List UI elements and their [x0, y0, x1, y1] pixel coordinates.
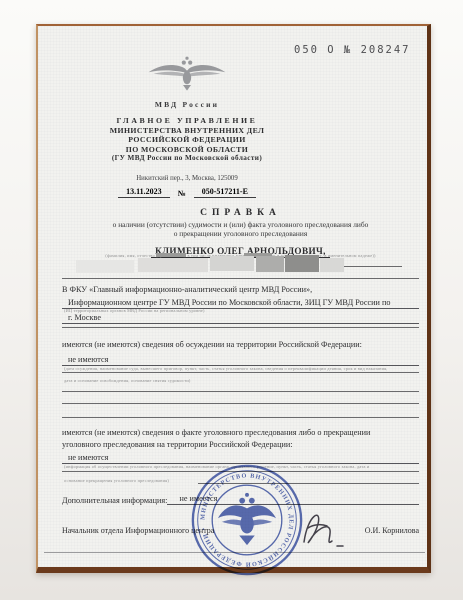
- answer-2-caption-2: основание прекращения уголовного преслед…: [64, 478, 169, 483]
- header-org-line-3: РОССИЙСКОЙ ФЕДЕРАЦИИ: [38, 135, 336, 145]
- redaction-block: [285, 255, 319, 272]
- stamp-eagle-icon: [218, 493, 276, 545]
- rule-line: [62, 372, 419, 373]
- question-1: имеются (не имеются) сведения об осужден…: [62, 340, 362, 349]
- answer-1-caption-1: (дата осуждения, наименование суда, выне…: [64, 366, 388, 371]
- redaction-block: [256, 256, 284, 272]
- answer-1-caption-2: дата и основание освобождения, основание…: [64, 378, 190, 383]
- serial-number: 050 О № 208247: [294, 44, 411, 56]
- certificate-subtitle-1: о наличии (отсутствии) судимости и (или)…: [62, 220, 419, 229]
- date-number-row: 13.11.2023 № 050-517211-Е: [38, 187, 336, 198]
- header-org-line-5: (ГУ МВД России по Московской области): [38, 154, 336, 164]
- header-org-line-2: МИНИСТЕРСТВА ВНУТРЕННИХ ДЕЛ: [38, 126, 336, 136]
- additional-info-label: Дополнительная информация:: [62, 496, 167, 505]
- question-2-line-2: уголовного преследования на территории Р…: [62, 440, 292, 449]
- header-org-line-1: ГЛАВНОЕ УПРАВЛЕНИЕ: [38, 116, 336, 126]
- paper-sheet: 050 О № 208247 МВД России ГЛАВНОЕ УПРАВЛ…: [36, 24, 431, 573]
- org-paragraph-line-3: г. Москве: [62, 313, 419, 324]
- certificate-subtitle-2: о прекращении уголовного преследования: [62, 229, 419, 238]
- redaction-block: [320, 258, 344, 272]
- mvd-emblem-caption: МВД России: [155, 100, 219, 109]
- redaction-block: [138, 258, 208, 272]
- header-org-block: ГЛАВНОЕ УПРАВЛЕНИЕ МИНИСТЕРСТВА ВНУТРЕНН…: [38, 116, 336, 164]
- scanned-document-photo: 050 О № 208247 МВД России ГЛАВНОЕ УПРАВЛ…: [0, 0, 463, 600]
- issue-date: 13.11.2023: [118, 187, 170, 198]
- signer-name: О.И. Корнилова: [365, 526, 419, 535]
- header-address: Никитский пер., 3, Москва, 125009: [38, 175, 336, 182]
- redaction-block: [76, 260, 134, 273]
- rule-line: [62, 403, 419, 404]
- header-org-line-4: ПО МОСКОВСКОЙ ОБЛАСТИ: [38, 145, 336, 155]
- redaction-block: [156, 253, 186, 257]
- number-sign: №: [178, 189, 186, 198]
- org-paragraph-line-1: В ФКУ «Главный информационно-аналитическ…: [62, 285, 312, 294]
- rule-line: [62, 391, 419, 392]
- redaction-block: [210, 256, 254, 271]
- answer-1: не имеются: [62, 355, 419, 366]
- mvd-emblem-icon: [147, 54, 227, 92]
- document-number: 050-517211-Е: [194, 187, 256, 198]
- rule-line: [62, 327, 419, 328]
- rule-line: [62, 278, 419, 279]
- certificate-title: СПРАВКА: [62, 208, 419, 218]
- rule-line: [62, 417, 419, 418]
- rule-line: [344, 266, 402, 267]
- official-stamp-icon: МИНИСТЕРСТВО ВНУТРЕННИХ ДЕЛ РОССИЙСКОЙ Ф…: [189, 462, 305, 578]
- question-2-line-1: имеются (не имеются) сведения о факте уг…: [62, 428, 370, 437]
